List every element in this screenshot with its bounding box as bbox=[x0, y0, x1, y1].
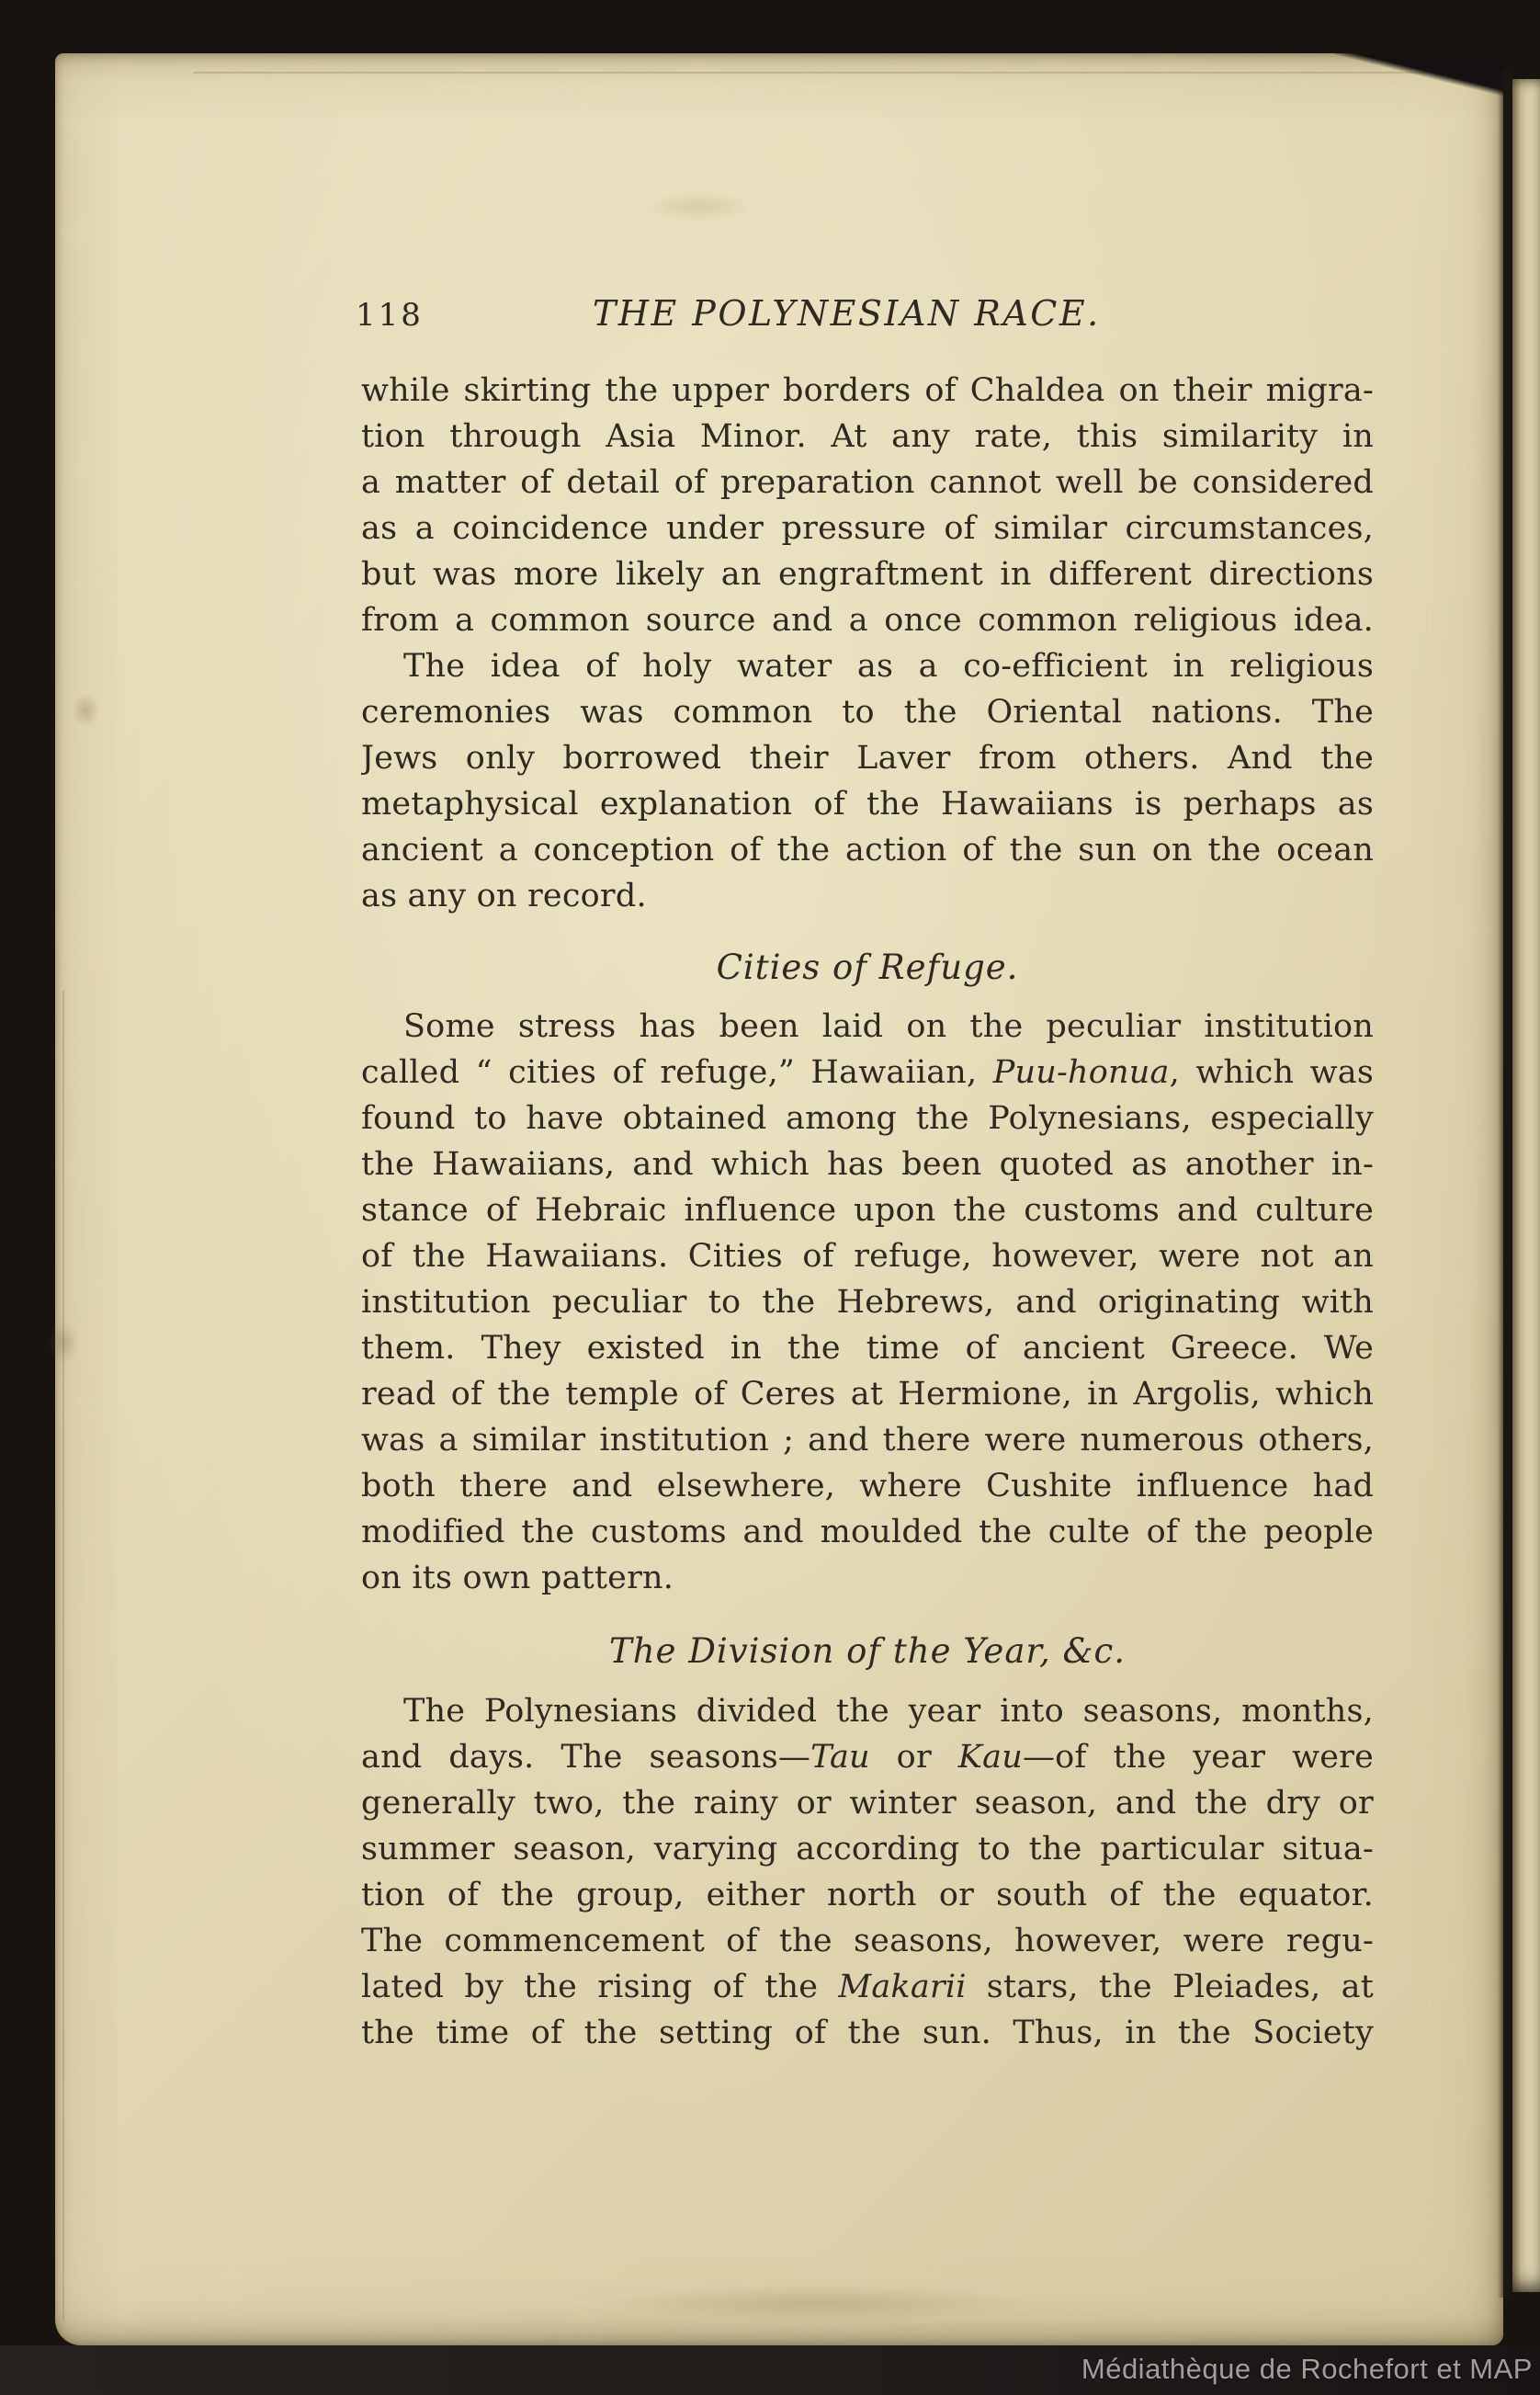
text-line: on its own pattern. bbox=[361, 1555, 1374, 1601]
running-head: 118 THE POLYNESIAN RACE. bbox=[361, 290, 1374, 327]
text-line: generally two, the rainy or winter seaso… bbox=[361, 1780, 1374, 1826]
text-line: ceremonies was common to the Oriental na… bbox=[361, 689, 1374, 735]
paper-stain bbox=[643, 191, 753, 222]
page-body: while skirting the upper borders of Chal… bbox=[361, 368, 1374, 2056]
facing-page-sliver bbox=[1512, 79, 1540, 2292]
text-line: The idea of holy water as a co-efficient… bbox=[361, 643, 1374, 689]
underlying-page-left-edge bbox=[62, 991, 64, 2321]
book-gutter-shadow bbox=[1498, 70, 1512, 2298]
paragraph: The idea of holy water as a co-efficient… bbox=[361, 643, 1374, 919]
text-line: was a similar institution ; and there we… bbox=[361, 1417, 1374, 1463]
paragraph: Some stress has been laid on the peculia… bbox=[361, 1004, 1374, 1601]
page-corner-shadow bbox=[1334, 53, 1505, 96]
section-heading: The Division of the Year, &c. bbox=[361, 1629, 1374, 1674]
page-number: 118 bbox=[356, 292, 424, 338]
running-title: THE POLYNESIAN RACE. bbox=[593, 290, 1101, 336]
library-watermark: Médiathèque de Rochefort et MAP bbox=[1081, 2353, 1533, 2386]
text-line: but was more likely an engraftment in di… bbox=[361, 551, 1374, 597]
text-line: Some stress has been laid on the peculia… bbox=[361, 1004, 1374, 1050]
text-line: them. They existed in the time of ancien… bbox=[361, 1325, 1374, 1371]
text-line: metaphysical explanation of the Hawaiian… bbox=[361, 781, 1374, 827]
book-page: 118 THE POLYNESIAN RACE. while skirting … bbox=[55, 53, 1503, 2345]
text-line: read of the temple of Ceres at Hermione,… bbox=[361, 1371, 1374, 1417]
paper-stain bbox=[606, 2285, 1029, 2321]
paragraph: The Polynesians divided the year into se… bbox=[361, 1688, 1374, 2056]
text-line: tion through Asia Minor. At any rate, th… bbox=[361, 414, 1374, 460]
text-line: called “ cities of refuge,” Hawaiian, Pu… bbox=[361, 1050, 1374, 1095]
text-line: summer season, varying according to the … bbox=[361, 1826, 1374, 1872]
text-line: the Hawaiians, and which has been quoted… bbox=[361, 1141, 1374, 1187]
section-heading: Cities of Refuge. bbox=[361, 945, 1374, 991]
text-line: The Polynesians divided the year into se… bbox=[361, 1688, 1374, 1734]
text-line: found to have obtained among the Polynes… bbox=[361, 1095, 1374, 1141]
text-line: institution peculiar to the Hebrews, and… bbox=[361, 1279, 1374, 1325]
text-line: from a common source and a once common r… bbox=[361, 597, 1374, 643]
underlying-page-top-edge bbox=[193, 72, 1479, 74]
text-line: both there and elsewhere, where Cushite … bbox=[361, 1463, 1374, 1509]
text-column: 118 THE POLYNESIAN RACE. while skirting … bbox=[361, 290, 1374, 2056]
text-line: the time of the setting of the sun. Thus… bbox=[361, 2010, 1374, 2056]
text-line: lated by the rising of the Makarii stars… bbox=[361, 1964, 1374, 2010]
text-line: The commencement of the seasons, however… bbox=[361, 1918, 1374, 1964]
text-line: a matter of detail of preparation cannot… bbox=[361, 460, 1374, 505]
text-line: Jews only borrowed their Laver from othe… bbox=[361, 735, 1374, 781]
text-line: modified the customs and moulded the cul… bbox=[361, 1509, 1374, 1555]
paper-stain bbox=[72, 693, 99, 728]
text-line: of the Hawaiians. Cities of refuge, howe… bbox=[361, 1233, 1374, 1279]
text-line: tion of the group, either north or south… bbox=[361, 1872, 1374, 1918]
text-line: as any on record. bbox=[361, 873, 1374, 919]
text-line: and days. The seasons—Tau or Kau—of the … bbox=[361, 1734, 1374, 1780]
text-line: as a coincidence under pressure of simil… bbox=[361, 505, 1374, 551]
paragraph: while skirting the upper borders of Chal… bbox=[361, 368, 1374, 643]
text-line: stance of Hebraic influence upon the cus… bbox=[361, 1187, 1374, 1233]
text-line: ancient a conception of the action of th… bbox=[361, 827, 1374, 873]
text-line: while skirting the upper borders of Chal… bbox=[361, 368, 1374, 414]
